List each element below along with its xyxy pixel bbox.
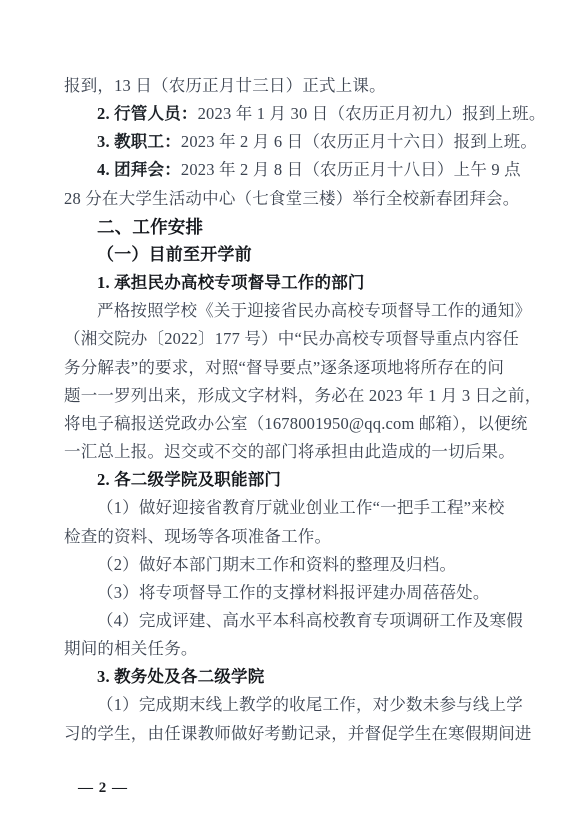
line-text: 二、工作安排 (97, 217, 203, 237)
text-line: 2. 各二级学院及职能部门 (64, 466, 526, 494)
text-line: 一汇总上报。迟交或不交的部门将承担由此造成的一切后果。 (64, 438, 526, 466)
text-line: （1）完成期末线上教学的收尾工作，对少数未参与线上学 (64, 691, 526, 719)
text-line: 1. 承担民办高校专项督导工作的部门 (64, 269, 526, 297)
line-text: 1. 承担民办高校专项督导工作的部门 (97, 273, 365, 292)
line-text: 2. 各二级学院及职能部门 (97, 470, 281, 489)
text-line: （4）完成评建、高水平本科高校教育专项调研工作及寒假 (64, 607, 526, 635)
text-line: （3）将专项督导工作的支撑材料报评建办周蓓蓓处。 (64, 579, 526, 607)
line-text: 2023 年 2 月 8 日（农历正月十八日）上午 9 点 (181, 160, 521, 179)
text-line: （一）目前至开学前 (64, 241, 526, 269)
line-text: （湘交院办〔2022〕177 号）中“民办高校专项督导重点内容任 (64, 329, 519, 348)
text-line: 3. 教务处及各二级学院 (64, 663, 526, 691)
document-page: 报到，13 日（农历正月廿三日）正式上课。2. 行管人员：2023 年 1 月 … (0, 0, 587, 838)
text-line: 务分解表”的要求，对照“督导要点”逐条逐项地将所存在的问 (64, 354, 526, 382)
line-text: 务分解表”的要求，对照“督导要点”逐条逐项地将所存在的问 (64, 358, 504, 377)
line-text: （一）目前至开学前 (97, 245, 252, 264)
page-number: — 2 — (78, 780, 128, 797)
line-text: （2）做好本部门期末工作和资料的整理及归档。 (97, 555, 456, 574)
text-line: 习的学生，由任课教师做好考勤记录，并督促学生在寒假期间进 (64, 720, 526, 748)
line-text: 严格按照学校《关于迎接省民办高校专项督导工作的通知》 (97, 301, 531, 320)
line-text: （3）将专项督导工作的支撑材料报评建办周蓓蓓处。 (97, 583, 490, 602)
text-line: 28 分在大学生活动中心（七食堂三楼）举行全校新春团拜会。 (64, 185, 526, 213)
text-line: （2）做好本部门期末工作和资料的整理及归档。 (64, 551, 526, 579)
text-line: 期间的相关任务。 (64, 635, 526, 663)
text-line: 将电子稿报送党政办公室（1678001950@qq.com 邮箱），以便统 (64, 410, 526, 438)
text-line: 检查的资料、现场等各项准备工作。 (64, 523, 526, 551)
text-line: （1）做好迎接省教育厅就业创业工作“一把手工程”来校 (64, 494, 526, 522)
text-line: （湘交院办〔2022〕177 号）中“民办高校专项督导重点内容任 (64, 325, 526, 353)
line-text: 期间的相关任务。 (64, 639, 198, 658)
line-text: 3. 教务处及各二级学院 (97, 667, 264, 686)
line-text: （1）做好迎接省教育厅就业创业工作“一把手工程”来校 (97, 498, 505, 517)
line-text: 检查的资料、现场等各项准备工作。 (64, 527, 331, 546)
text-line: 报到，13 日（农历正月廿三日）正式上课。 (64, 72, 526, 100)
text-line: 2. 行管人员：2023 年 1 月 30 日（农历正月初九）报到上班。 (64, 100, 526, 128)
line-text: （1）完成期末线上教学的收尾工作，对少数未参与线上学 (97, 695, 523, 714)
line-text: 一汇总上报。迟交或不交的部门将承担由此造成的一切后果。 (64, 442, 515, 461)
line-text: 2023 年 2 月 6 日（农历正月十六日）报到上班。 (181, 132, 537, 151)
document-body: 报到，13 日（农历正月廿三日）正式上课。2. 行管人员：2023 年 1 月 … (64, 72, 526, 748)
text-line: 题一一罗列出来，形成文字材料，务必在 2023 年 1 月 3 日之前， (64, 382, 526, 410)
text-line: 4. 团拜会：2023 年 2 月 8 日（农历正月十八日）上午 9 点 (64, 156, 526, 184)
line-text: 将电子稿报送党政办公室（1678001950@qq.com 邮箱），以便统 (64, 414, 528, 433)
line-text: 2023 年 1 月 30 日（农历正月初九）报到上班。 (198, 104, 546, 123)
line-text: 题一一罗列出来，形成文字材料，务必在 2023 年 1 月 3 日之前， (64, 386, 541, 405)
text-line: 严格按照学校《关于迎接省民办高校专项督导工作的通知》 (64, 297, 526, 325)
text-line: 二、工作安排 (64, 213, 526, 241)
line-text: 习的学生，由任课教师做好考勤记录，并督促学生在寒假期间进 (64, 724, 532, 743)
text-line: 3. 教职工：2023 年 2 月 6 日（农历正月十六日）报到上班。 (64, 128, 526, 156)
line-text: （4）完成评建、高水平本科高校教育专项调研工作及寒假 (97, 611, 523, 630)
line-lead: 3. 教职工： (97, 132, 181, 151)
line-lead: 4. 团拜会： (97, 160, 181, 179)
line-lead: 2. 行管人员： (97, 104, 198, 123)
line-text: 28 分在大学生活动中心（七食堂三楼）举行全校新春团拜会。 (64, 189, 519, 208)
line-text: 报到，13 日（农历正月廿三日）正式上课。 (64, 76, 386, 95)
